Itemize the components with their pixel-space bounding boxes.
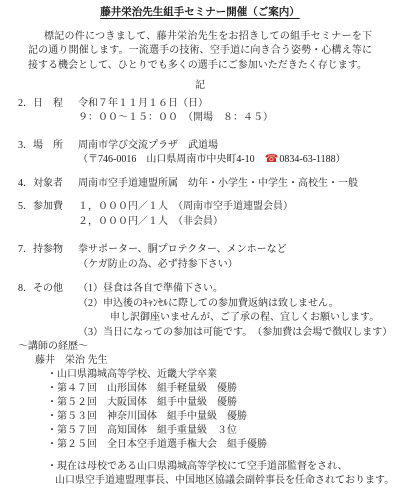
page-title-text: 藤井栄治先生組手セミナー開催（ご案内）: [100, 7, 300, 18]
section-audience: 4．対象者 周南市空手道連盟所属 幼年・小学生・中学生・高校生・一般: [0, 177, 400, 192]
career-heading: ～講師の経歴～: [18, 340, 400, 354]
venue-address-text: （〒746-0016 山口県周南市中央町4-10: [78, 154, 265, 165]
others-item-2-continued: 申し訳御座いませんが、ご了承の程、宜しくお願いします。: [110, 311, 400, 326]
section-venue: 3．場 所 周南市学び交流プラザ 武道場 （〒746-0016 山口県周南市中央…: [0, 139, 400, 168]
ki-marker: 記: [0, 79, 400, 94]
schedule-date: 令和７年１１月１６日（日）: [78, 97, 400, 112]
others-item-2: （2）申込後のｷｬﾝｾﾙに際しての参加費返納は致しません。: [78, 297, 400, 312]
career-item: ・第５７回 高知国体 組手重量級 ３位: [47, 424, 400, 438]
section-instructor-career: ～講師の経歴～ 藤井 栄治 先生 ・山口県鴻城高等学校、近畿大学卒業 ・第４７回…: [0, 340, 400, 488]
instructor-name: 藤井 栄治 先生: [35, 354, 400, 368]
career-item: ・第２５回 全日本空手道選手権大会 組手優勝: [47, 438, 400, 452]
audience-label: 4．対象者: [18, 177, 63, 192]
belongings-note: （ケガ防止の為、必ず持参下さい）: [78, 258, 400, 273]
career-current-line2: 山口県空手道連盟理事長、中国地区協議会副幹事長を任命されております。: [55, 474, 400, 488]
schedule-label: 2．日 程: [18, 97, 63, 112]
fee-member: １，０００円／１人 （周南市空手道連盟会員）: [78, 200, 400, 215]
schedule-time: ９：００～１５：００ （開場 ８：４５）: [78, 111, 400, 126]
fee-label: 5．参加費: [18, 200, 63, 215]
fee-nonmember: ２，０００円／１人 （非会員）: [78, 215, 400, 230]
belongings-items: 拳サポーター、胴プロテクター、メンホーなど: [78, 243, 400, 258]
section-schedule: 2．日 程 令和７年１１月１６日（日） ９：００～１５：００ （開場 ８：４５）: [0, 97, 400, 126]
document-page: 藤井栄治先生組手セミナー開催（ご案内） 標記の件につきまして、藤井栄治先生をお招…: [0, 0, 400, 489]
section-fee: 5．参加費 １，０００円／１人 （周南市空手道連盟会員） ２，０００円／１人 （…: [0, 200, 400, 229]
career-item: ・第５２回 大阪国体 組手中量級 優勝: [47, 396, 400, 410]
career-item: ・第４７回 山形国体 組手軽量級 優勝: [47, 382, 400, 396]
audience-text: 周南市空手道連盟所属 幼年・小学生・中学生・高校生・一般: [78, 177, 400, 192]
section-others: 8．その他 （1）昼食は各自で準備下さい。 （2）申込後のｷｬﾝｾﾙに際しての参…: [0, 282, 400, 340]
venue-label: 3．場 所: [18, 139, 63, 154]
belongings-label: 7．持参物: [18, 243, 63, 258]
intro-paragraph: 標記の件につきまして、藤井栄治先生をお招きしての組手セミナーを下記の通り開催しま…: [28, 30, 372, 74]
others-item-1: （1）昼食は各自で準備下さい。: [78, 282, 400, 297]
others-item-3: （3）当日になっての参加は可能です。 （参加費は会場で徴収します）: [78, 326, 400, 341]
section-belongings: 7．持参物 拳サポーター、胴プロテクター、メンホーなど （ケガ防止の為、必ず持参…: [0, 243, 400, 272]
phone-icon: ☎: [265, 152, 279, 165]
others-label: 8．その他: [18, 282, 63, 297]
venue-address: （〒746-0016 山口県周南市中央町4-10 ☎0834-63-1188）: [78, 153, 400, 168]
page-title: 藤井栄治先生組手セミナー開催（ご案内）: [0, 6, 400, 21]
venue-phone-number: 0834-63-1188）: [279, 154, 345, 165]
career-current-line1: ・現在は母校である山口県鴻城高等学校にて空手道部監督をされ、: [47, 460, 400, 474]
career-item: ・第５３回 神奈川国体 組手中量級 優勝: [47, 410, 400, 424]
venue-name: 周南市学び交流プラザ 武道場: [78, 139, 400, 154]
career-item: ・山口県鴻城高等学校、近畿大学卒業: [47, 368, 400, 382]
